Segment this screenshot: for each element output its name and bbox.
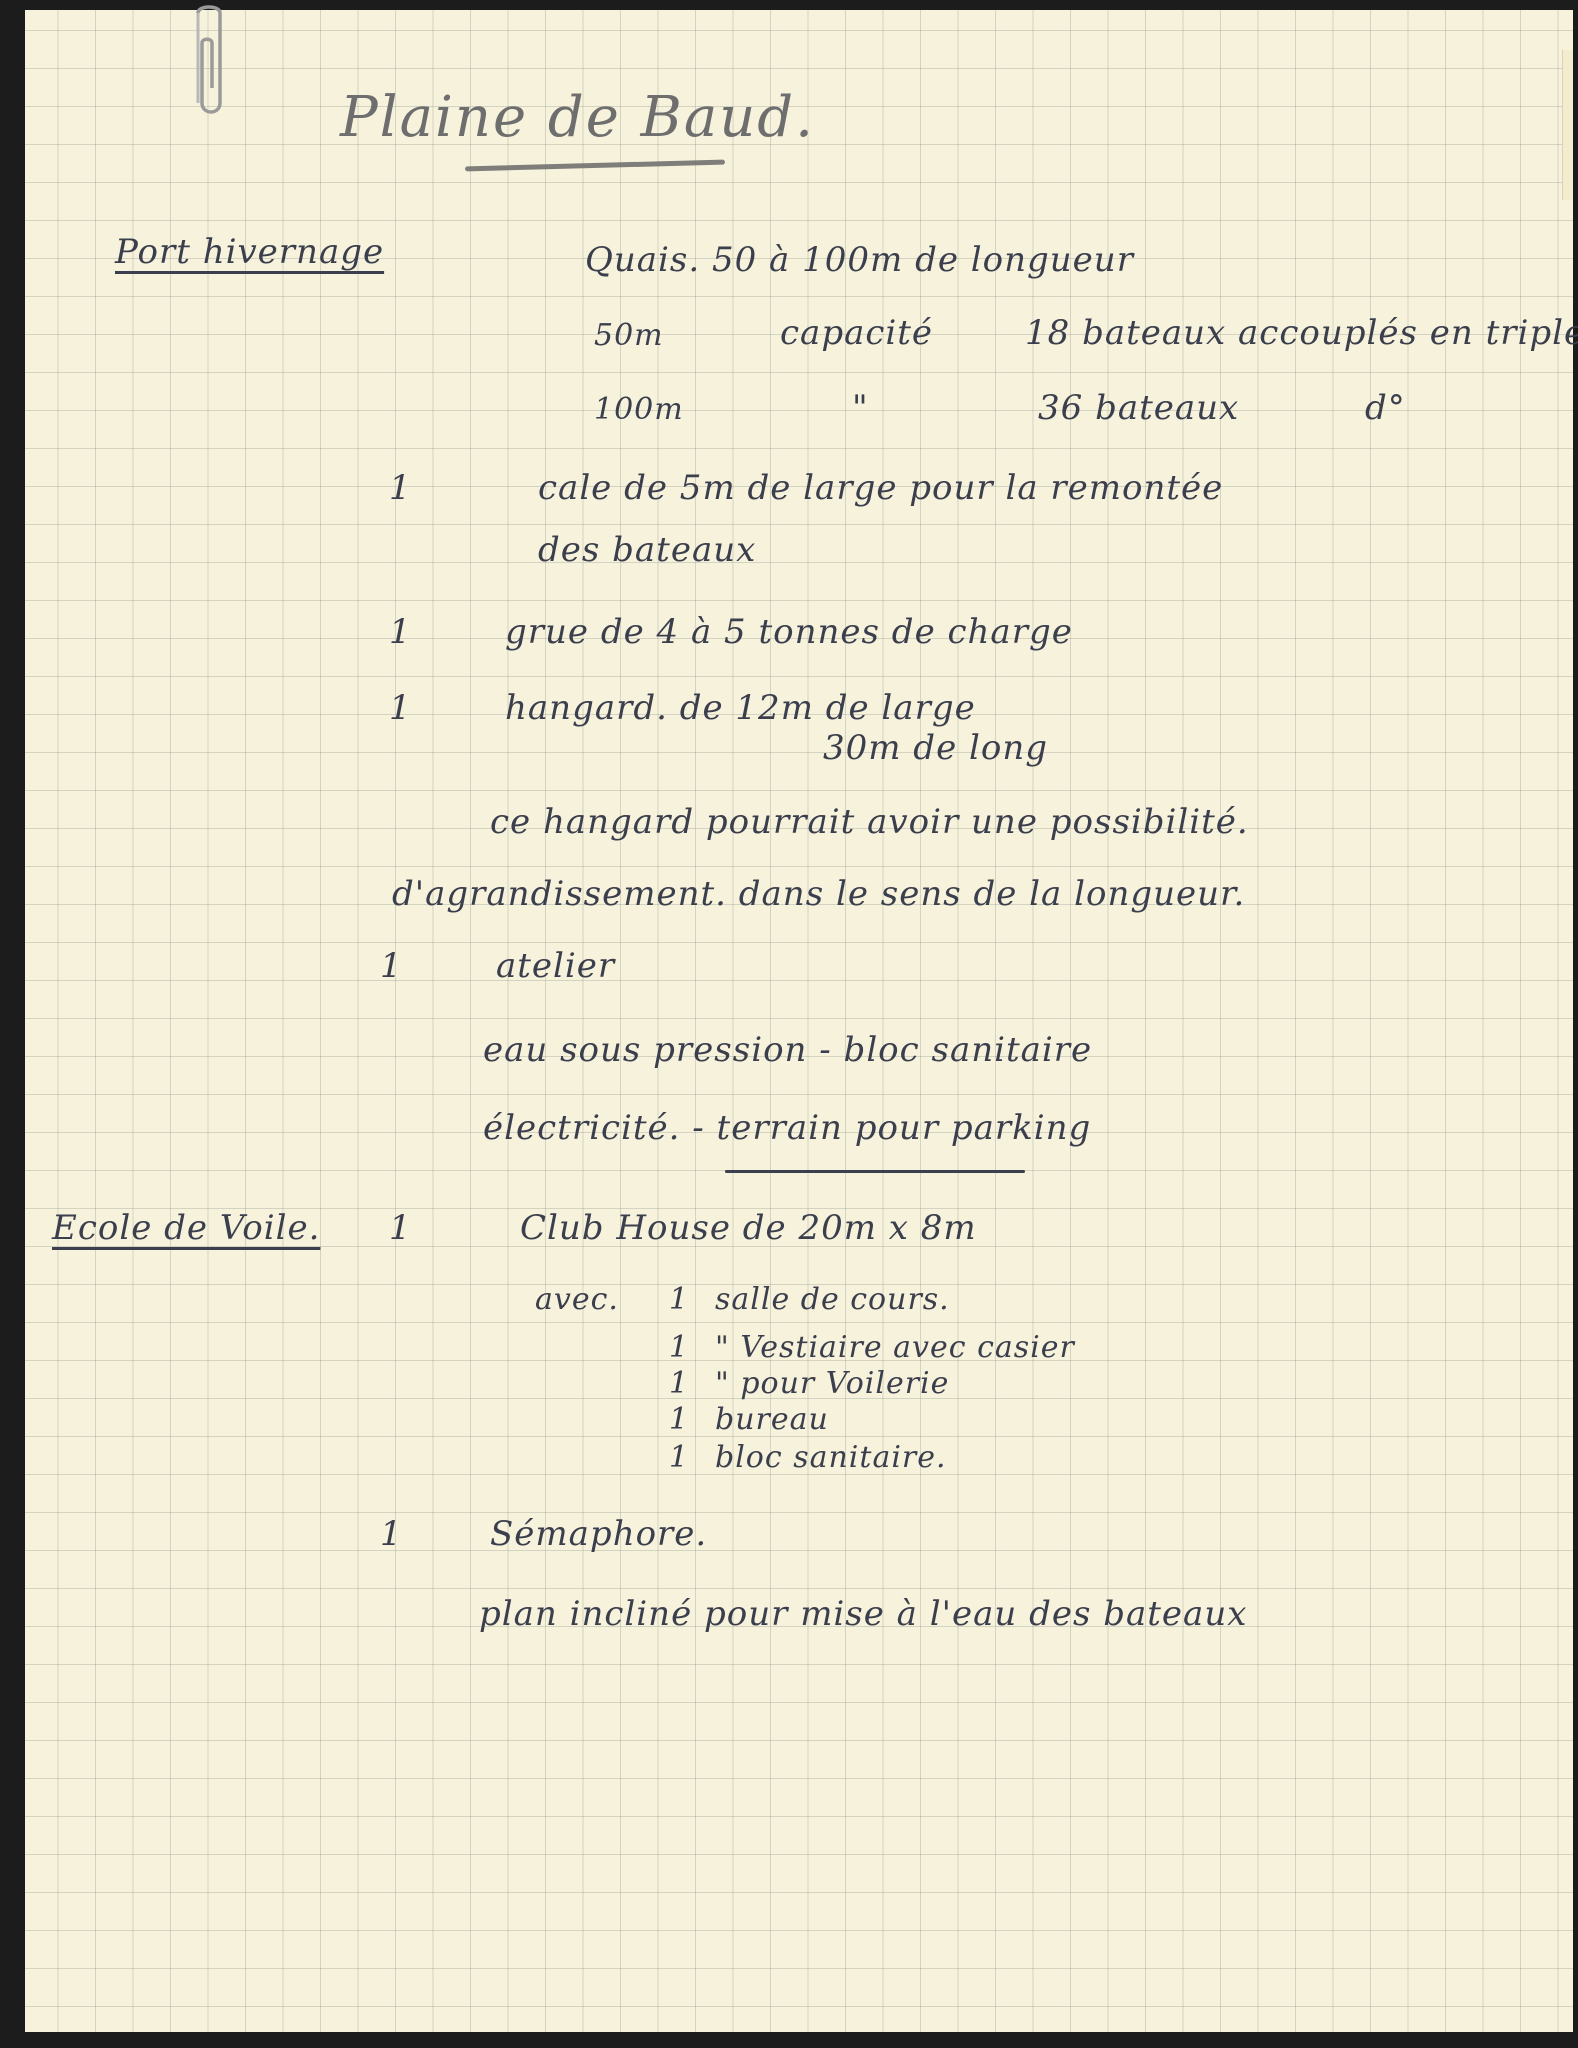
item-cale-continued: des bateaux <box>538 530 756 570</box>
room-qty: 1 <box>669 1282 689 1317</box>
utilities-line1: eau sous pression - bloc sanitaire <box>483 1030 1092 1070</box>
row-100m-ditto-mark: d° <box>1365 388 1406 428</box>
room-vestiaire: " Vestiaire avec casier <box>715 1330 1075 1365</box>
item-grue: grue de 4 à 5 tonnes de charge <box>505 612 1073 652</box>
item-qty: 1 <box>389 468 412 508</box>
room-bloc-sanitaire: bloc sanitaire. <box>715 1440 947 1475</box>
quais-line: Quais. 50 à 100m de longueur <box>585 240 1134 280</box>
item-semaphore: Sémaphore. <box>490 1514 707 1554</box>
item-club-house: Club House de 20m x 8m <box>520 1208 977 1248</box>
room-qty: 1 <box>669 1330 689 1365</box>
room-qty: 1 <box>669 1440 689 1475</box>
avec-label: avec. <box>535 1282 619 1317</box>
row-50m-capacity-value: 18 bateaux accouplés en triple <box>1025 313 1578 353</box>
item-qty: 1 <box>389 688 412 728</box>
room-salle-de-cours: salle de cours. <box>715 1282 950 1317</box>
paperclip-icon <box>190 3 228 118</box>
utilities-line2: électricité. - terrain pour parking <box>483 1108 1091 1148</box>
item-cale: cale de 5m de large pour la remontée <box>538 468 1223 508</box>
section-heading-ecole-de-voile: Ecole de Voile. <box>52 1208 320 1248</box>
item-hangard-length: 30m de long <box>823 728 1048 768</box>
row-50m-capacity-label: capacité <box>780 313 933 353</box>
room-bureau: bureau <box>715 1402 829 1437</box>
section-divider <box>725 1170 1025 1173</box>
item-qty: 1 <box>389 1208 412 1248</box>
plan-incline-line: plan incliné pour mise à l'eau des batea… <box>479 1594 1247 1634</box>
room-voilerie: " pour Voilerie <box>715 1366 949 1401</box>
hangard-note-line2: d'agrandissement. dans le sens de la lon… <box>392 874 1245 914</box>
room-qty: 1 <box>669 1402 689 1437</box>
page-title: Plaine de Baud. <box>340 85 815 150</box>
item-hangard: hangard. de 12m de large <box>505 688 976 728</box>
paper-torn-edge <box>1562 50 1573 200</box>
row-100m-ditto: " <box>852 388 869 428</box>
row-100m-capacity-value: 36 bateaux <box>1038 388 1239 428</box>
room-qty: 1 <box>669 1366 689 1401</box>
item-atelier: atelier <box>496 946 615 986</box>
section-heading-port-hivernage: Port hivernage <box>115 232 384 272</box>
row-100m-length: 100m <box>594 392 684 427</box>
hangard-note-line1: ce hangard pourrait avoir une possibilit… <box>490 802 1249 842</box>
row-50m-length: 50m <box>594 318 664 353</box>
item-qty: 1 <box>389 612 412 652</box>
item-qty: 1 <box>380 1514 403 1554</box>
item-qty: 1 <box>380 946 403 986</box>
